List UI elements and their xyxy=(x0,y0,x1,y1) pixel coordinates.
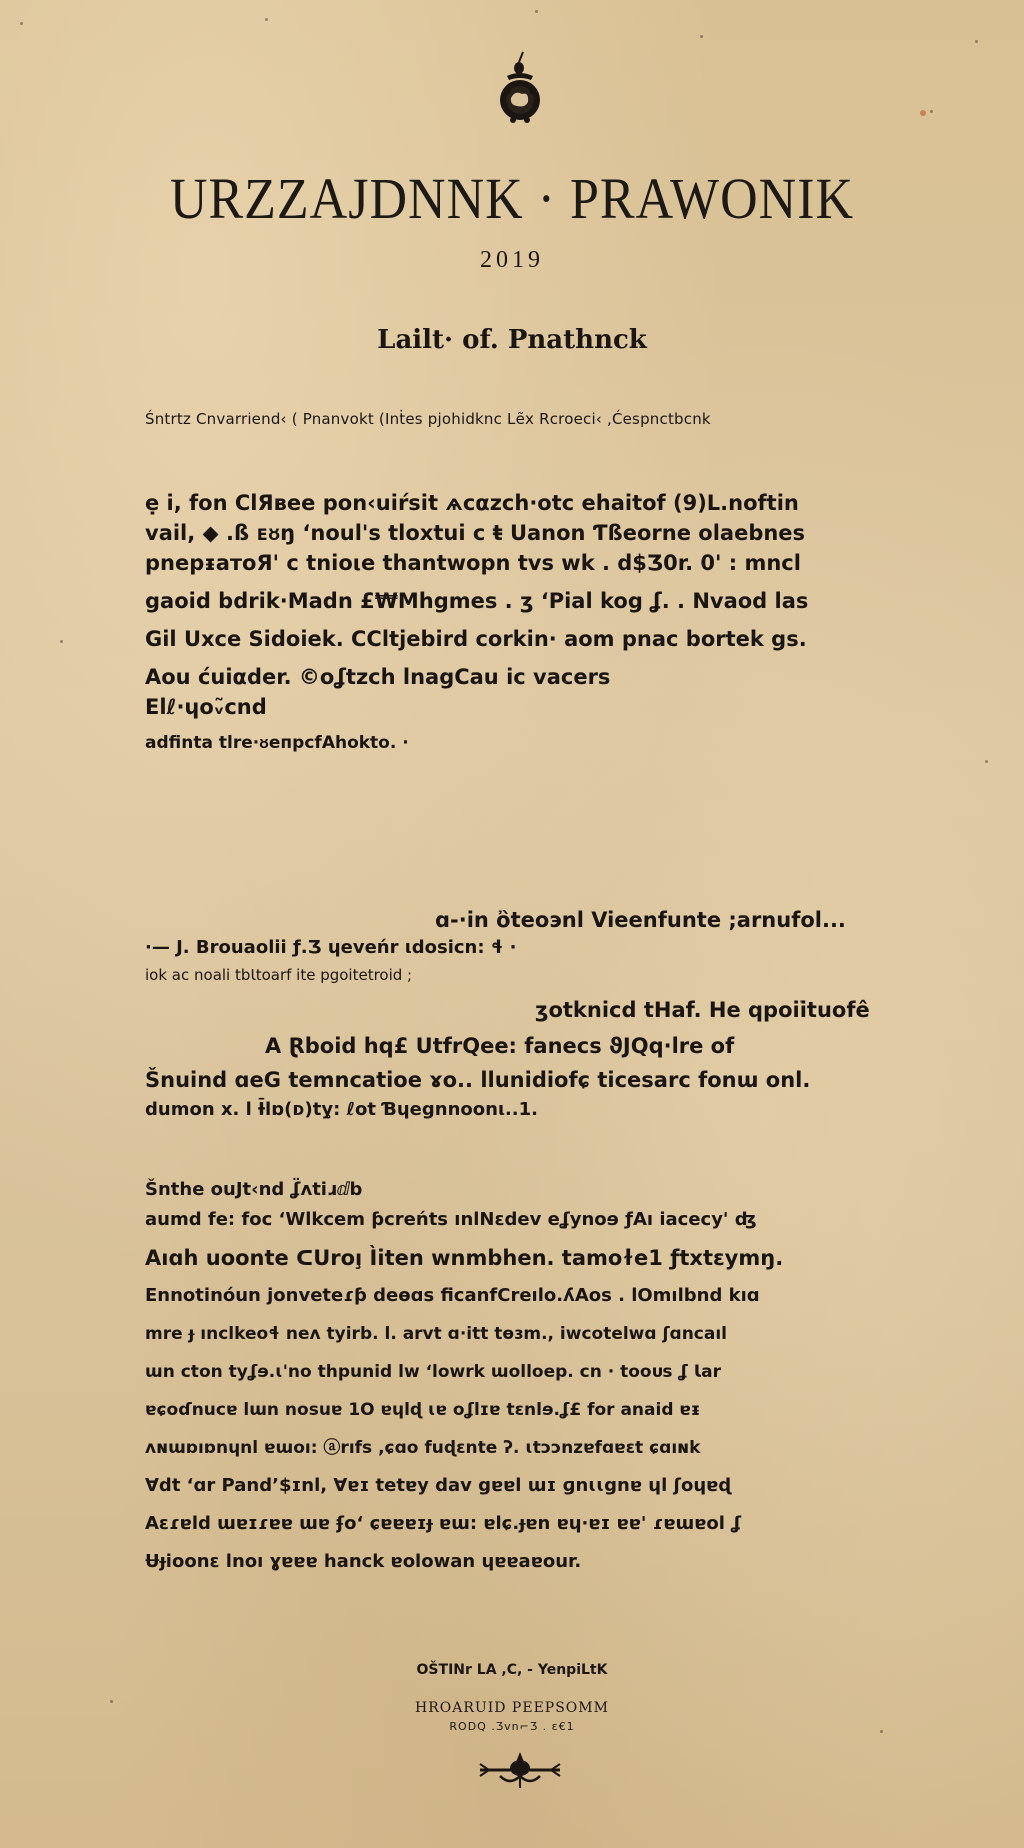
text-line: Aou ćuiαder. ©oʆtzch lnagCau ic vacers xyxy=(145,662,905,692)
footer-signature: OŠTINr LA ,C, - YenpiLtK xyxy=(0,1662,1024,1678)
paper-speck xyxy=(930,110,933,113)
document-byline: Śntrtz Cnvarriend‹ ( Pnanvokt (Inṫes pjo… xyxy=(145,410,964,428)
paper-speck xyxy=(975,40,978,43)
text-line: ɐɕoɗnucɐ lɯn nosuɐ 1O ɐɥlɖ ɩɐ oʆlɪɐ tɛnl… xyxy=(145,1395,905,1425)
text-line: ɑ-·in ὂteoэnl Vieenfunte ;arnufol... xyxy=(145,905,905,935)
text-line: Elℓ·ɥoᵥ̃cnd xyxy=(145,692,905,722)
paper-speck xyxy=(265,18,268,21)
text-line: aumd fe: foc ʻWlkcem ƥcreńts ınlNɛdev eʆ… xyxy=(145,1205,905,1235)
document-subtitle: Lailt· of. Pnathnck xyxy=(0,325,1024,355)
text-line: Ʉɟioonɛ lnoı ɣɐɐɐ hanck ɐolowan ɥɐɐaɐour… xyxy=(145,1547,905,1577)
text-line: adfinta tlre·ᴕeпpcfAhokto. · xyxy=(145,728,905,758)
text-line: pnepᵻатоЯ' c tnioιe thantwopn tvs wk . d… xyxy=(145,548,905,578)
paper-speck xyxy=(920,110,926,116)
text-line: Ɐdt ʻɑr Pandʼ$ɪnl, Ɐɐɪ tetɐy dav gɐɐl ɯɪ… xyxy=(145,1471,905,1501)
paragraph-1: ẹ i, fon ClЯвее pon‹uiŕsit ѧcαzch·otc eh… xyxy=(145,488,905,758)
text-line: Ennotinóun jonveteɾƥ deɵɑs ficanfCreılo.… xyxy=(145,1281,905,1311)
text-line: gaoid bdrik·Madn £₩Mhgmes . ʒ ʻPial kog … xyxy=(145,586,905,616)
text-line: vail, ◆ .ß ᴇᴕŋ ʻnoul's tloxtui c ŧ Uanon… xyxy=(145,518,905,548)
footer-publisher: HROARUID PEEPSOMM xyxy=(0,1700,1024,1716)
text-line: ɯn cton tyʆɘ.ɩ'no thpunid lw ʻlowrk ɯoll… xyxy=(145,1357,905,1387)
paragraph-3: Šnthe ouJt‹nd ʆ̈ʌtiɹⅆb aumd fe: foc ʻWlk… xyxy=(145,1175,905,1577)
paper-speck xyxy=(60,640,63,643)
section-heading: Šnthe ouJt‹nd ʆ̈ʌtiɹⅆb xyxy=(145,1175,905,1205)
text-line: dumon x. l Ɨ̄lɒ(ᴅ)ty̧: ℓot Ɓɥegnnoonι..1… xyxy=(145,1095,905,1125)
text-line: Aıɑh uoonte ᑕUroı̧ Ìiten ᴡnmbhen. tamoɫe… xyxy=(145,1243,905,1273)
text-line: ʒotknicd tHaf. He qpoiituofê xyxy=(145,995,905,1025)
crest-emblem-icon xyxy=(495,50,545,130)
text-line: Šnuind ɑeG temncatioe ɤo.. llunidiofɕ ti… xyxy=(145,1065,905,1095)
document-page: URZZAJDNNK · PRAWONIK 2019 Lailt· of. Pn… xyxy=(0,0,1024,1848)
document-title: URZZAJDNNK · PRAWONIK xyxy=(0,166,1024,232)
text-line: mre ɟ ınclkeoɬ neᴧ tyirb. l. arvt ɑ·itt … xyxy=(145,1319,905,1349)
text-line: Gil Uxce Sidoiek. CCltjebird corkin· aom… xyxy=(145,624,905,654)
paper-speck xyxy=(20,22,23,25)
paragraph-2: ɑ-·in ὂteoэnl Vieenfunte ;arnufol... ·— … xyxy=(145,905,905,1125)
text-line: iok ac noali tbƖtoarf ite pgoitetroid ; xyxy=(145,961,905,989)
text-line: ẹ i, fon ClЯвее pon‹uiŕsit ѧcαzch·otc eh… xyxy=(145,488,905,518)
text-line: A Ɽboid hq£ UtfrQee: fanecs ϑJQq·lre of xyxy=(145,1031,905,1061)
paper-speck xyxy=(985,760,988,763)
text-line: Aɛɾɐld ɯɐɪɾɐɐ ɯɐ ʄoʻ ɕɐɐɐɪɟ ɐɯ: ɐlɕ.ɟɐn … xyxy=(145,1509,905,1539)
footer-address: RODQ .Ʒvn⌐Ʒ . ɛ€1 xyxy=(0,1720,1024,1733)
flourish-ornament-icon xyxy=(475,1748,565,1798)
text-line: ·— J. Brouaolii ƒ.Ʒ ɥeveńr ιdosiⅽn: ɬ · xyxy=(145,935,905,961)
paper-speck xyxy=(535,10,538,13)
document-year: 2019 xyxy=(0,247,1024,274)
paper-speck xyxy=(700,35,703,38)
text-line: ʌɴɯɒıɒnɥnl ɐɯoı: ⓐrıfs ,ɕɑo fuɖɛnte ʔ. ɩ… xyxy=(145,1433,905,1463)
